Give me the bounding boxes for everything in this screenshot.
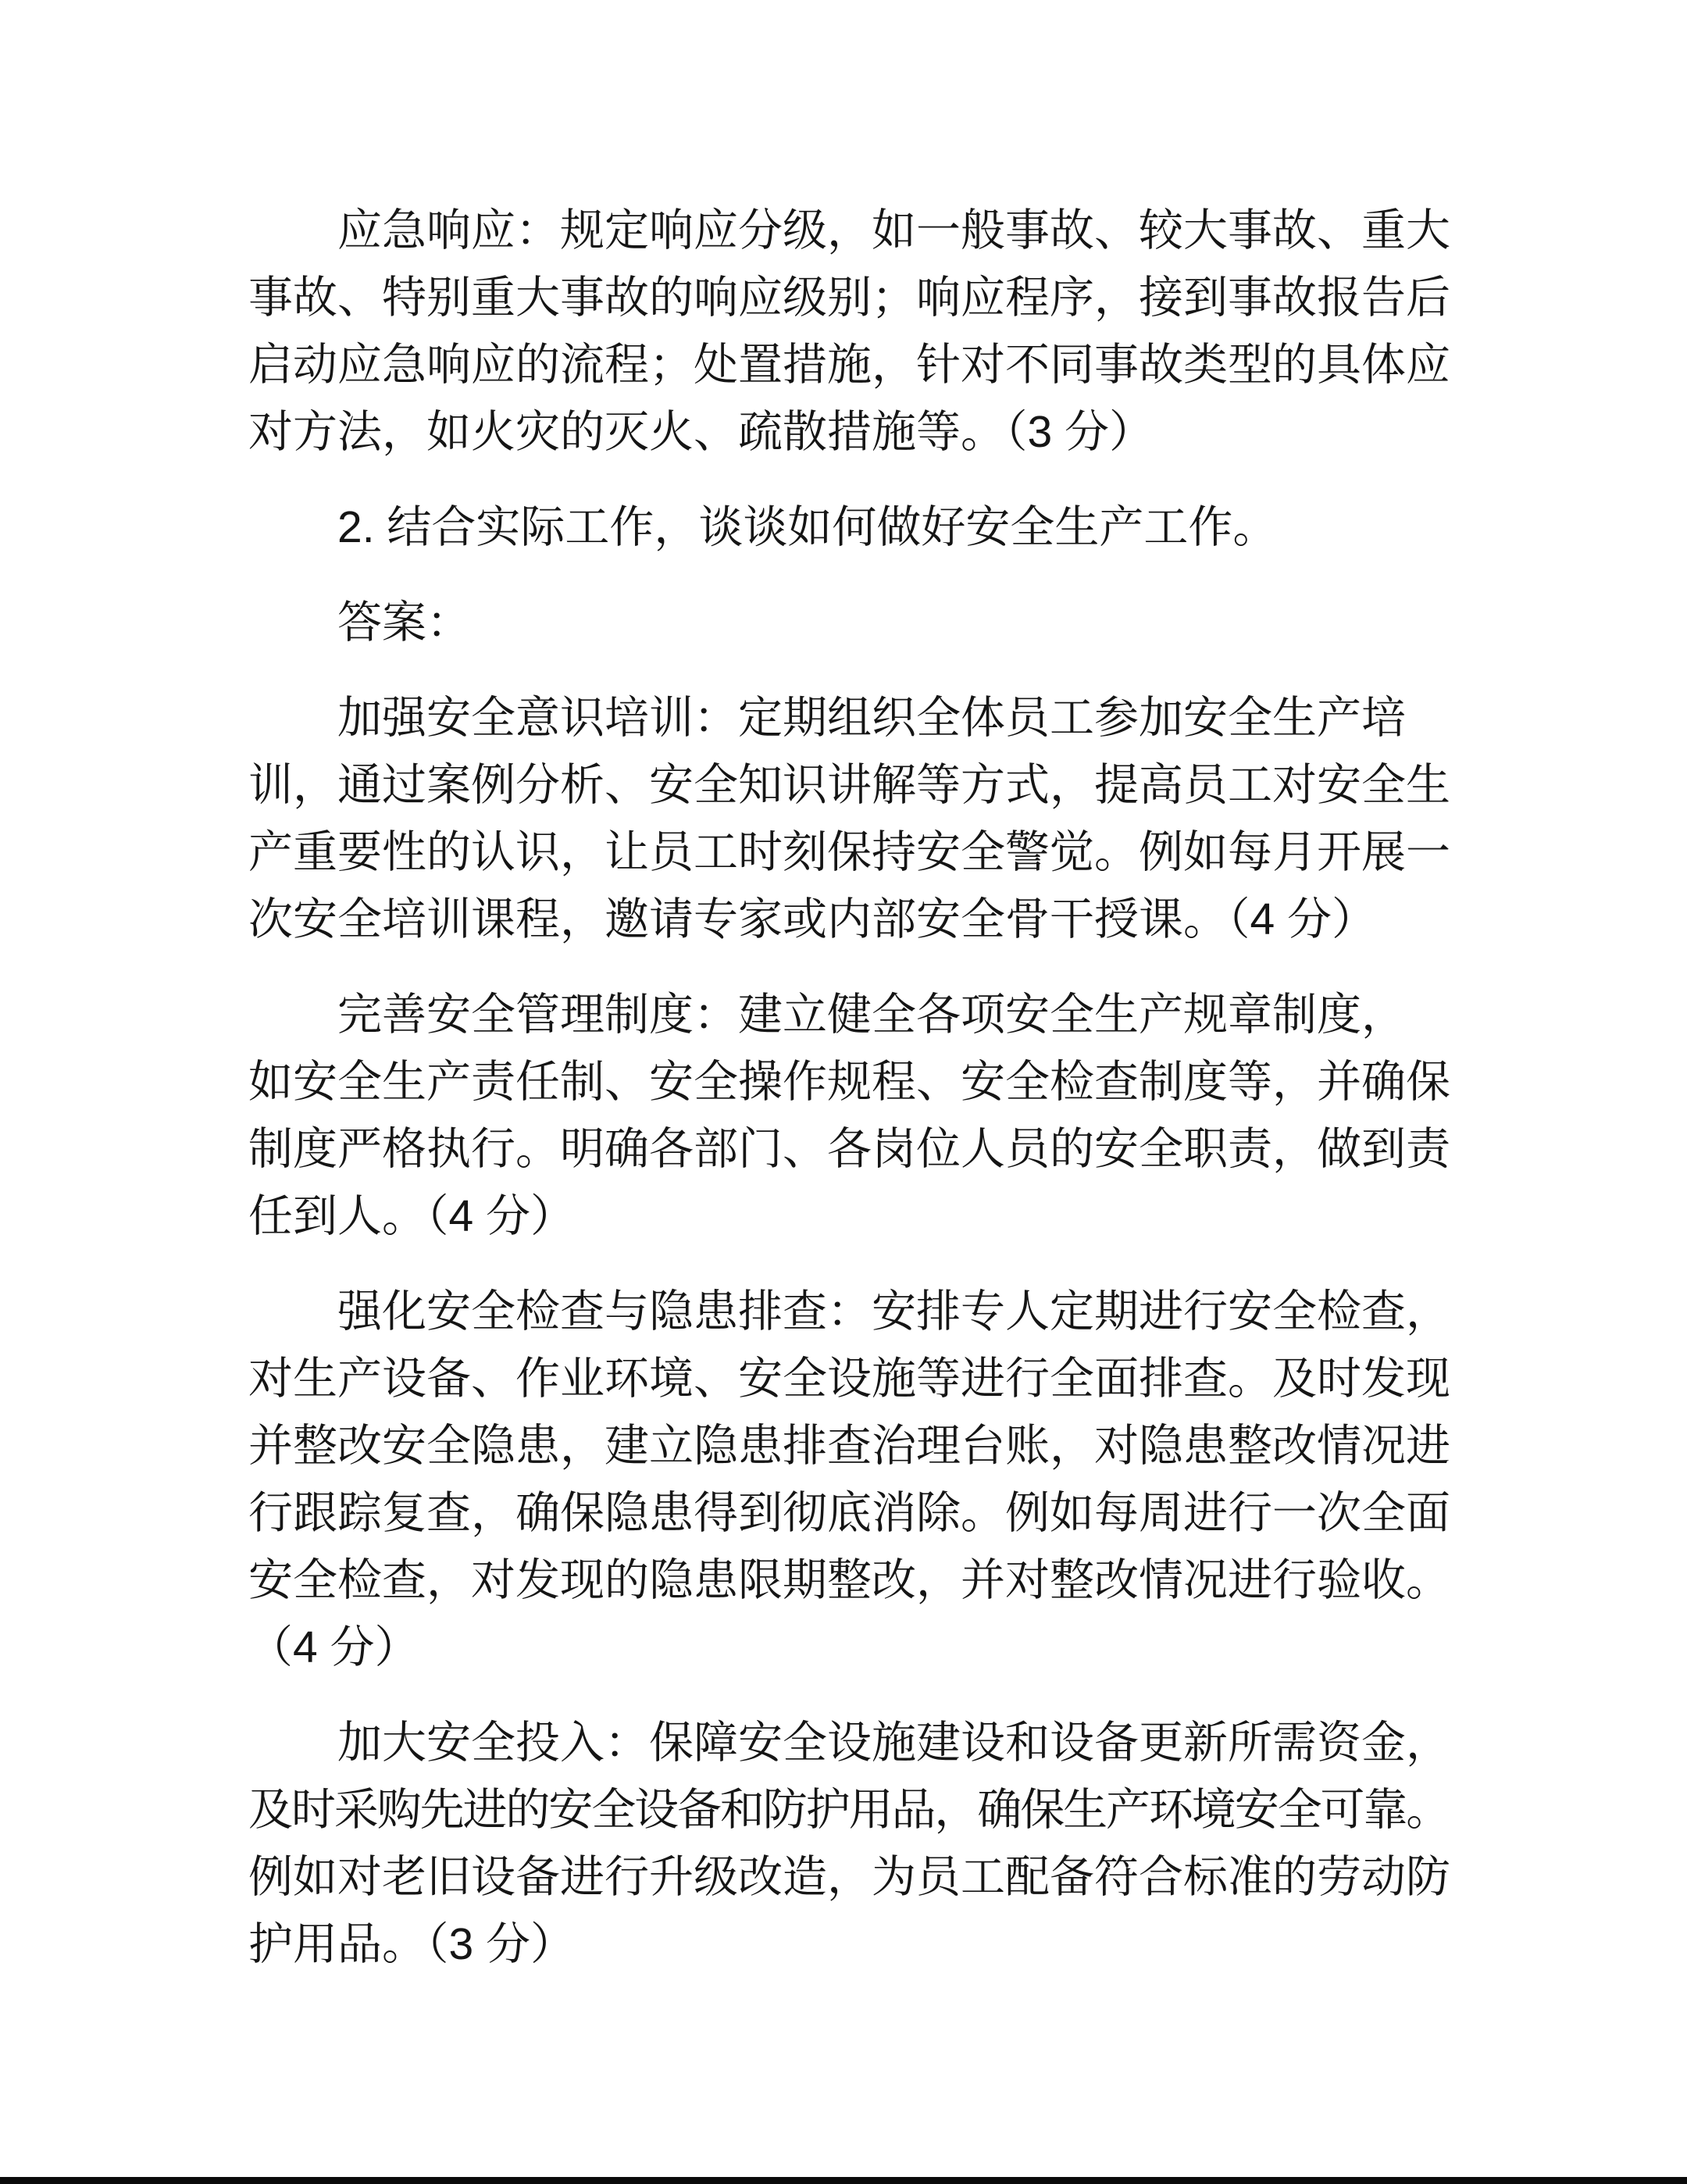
paragraph-safety-awareness-training: 加强安全意识培训：定期组织全体员工参加安全生产培 训，通过案例分析、安全知识讲解… xyxy=(248,684,1514,953)
text-line: 答案： xyxy=(248,589,1514,656)
text-line: 对生产设备、作业环境、安全设施等进行全面排查。及时发现 xyxy=(248,1345,1514,1412)
text-line: 并整改安全隐患，建立隐患排查治理台账，对隐患整改情况进 xyxy=(248,1412,1514,1479)
text-line: 安全检查，对发现的隐患限期整改，并对整改情况进行验收。 xyxy=(248,1547,1514,1614)
text-line: 完善安全管理制度：建立健全各项安全生产规章制度， xyxy=(248,981,1514,1048)
text-line: 次安全培训课程，邀请专家或内部安全骨干授课。（4 分） xyxy=(248,886,1514,953)
document-text: 应急响应：规定响应分级，如一般事故、较大事故、重大 事故、特别重大事故的响应级别… xyxy=(248,197,1514,2006)
question-2: 2. 结合实际工作，谈谈如何做好安全生产工作。 xyxy=(248,494,1514,561)
text-line: 任到人。（4 分） xyxy=(248,1183,1514,1250)
bottom-bar xyxy=(0,2177,1687,2184)
text-line: 强化安全检查与隐患排查：安排专人定期进行安全检查， xyxy=(248,1278,1514,1345)
text-line: （4 分） xyxy=(248,1614,1514,1681)
text-line: 2. 结合实际工作，谈谈如何做好安全生产工作。 xyxy=(248,494,1514,561)
text-line: 加大安全投入：保障安全设施建设和设备更新所需资金， xyxy=(248,1709,1514,1776)
text-line: 事故、特别重大事故的响应级别；响应程序，接到事故报告后 xyxy=(248,264,1514,331)
text-line: 行跟踪复查，确保隐患得到彻底消除。例如每周进行一次全面 xyxy=(248,1479,1514,1547)
text-line: 例如对老旧设备进行升级改造，为员工配备符合标准的劳动防 xyxy=(248,1843,1514,1911)
text-line: 护用品。（3 分） xyxy=(248,1911,1514,1978)
text-line: 应急响应：规定响应分级，如一般事故、较大事故、重大 xyxy=(248,197,1514,264)
text-line: 加强安全意识培训：定期组织全体员工参加安全生产培 xyxy=(248,684,1514,751)
paragraph-safety-management-system: 完善安全管理制度：建立健全各项安全生产规章制度， 如安全生产责任制、安全操作规程… xyxy=(248,981,1514,1250)
text-line: 对方法，如火灾的灭火、疏散措施等。（3 分） xyxy=(248,398,1514,466)
text-line: 如安全生产责任制、安全操作规程、安全检查制度等，并确保 xyxy=(248,1048,1514,1115)
text-line: 制度严格执行。明确各部门、各岗位人员的安全职责，做到责 xyxy=(248,1115,1514,1183)
text-line: 训，通过案例分析、安全知识讲解等方式，提高员工对安全生 xyxy=(248,751,1514,819)
paragraph-safety-investment: 加大安全投入：保障安全设施建设和设备更新所需资金， 及时采购先进的安全设备和防护… xyxy=(248,1709,1514,1978)
answer-label: 答案： xyxy=(248,589,1514,656)
text-line: 启动应急响应的流程；处置措施，针对不同事故类型的具体应 xyxy=(248,331,1514,398)
text-line: 产重要性的认识，让员工时刻保持安全警觉。例如每月开展一 xyxy=(248,819,1514,886)
text-line: 及时采购先进的安全设备和防护用品，确保生产环境安全可靠。 xyxy=(248,1776,1514,1843)
paragraph-safety-inspection: 强化安全检查与隐患排查：安排专人定期进行安全检查， 对生产设备、作业环境、安全设… xyxy=(248,1278,1514,1681)
paragraph-emergency-response: 应急响应：规定响应分级，如一般事故、较大事故、重大 事故、特别重大事故的响应级别… xyxy=(248,197,1514,466)
